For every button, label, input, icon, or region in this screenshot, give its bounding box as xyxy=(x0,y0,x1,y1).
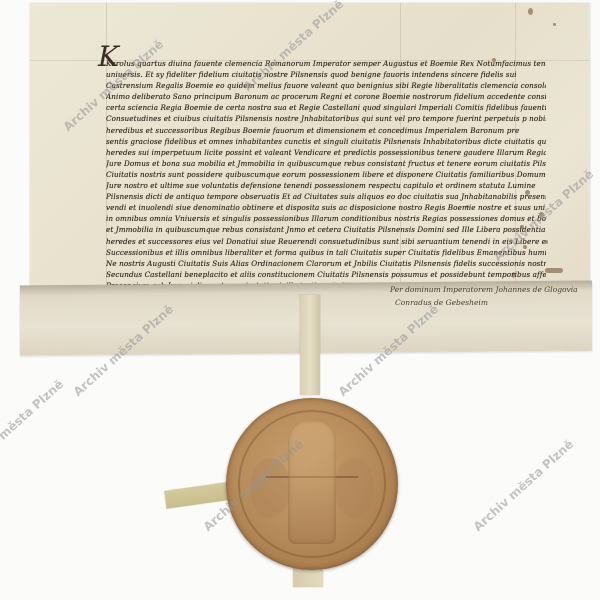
text-line: et Jmmobilia in quibuscumque rebus consi… xyxy=(106,224,546,235)
text-line: vendi et inuolendi siue denominatio obti… xyxy=(106,202,546,213)
text-line: in omnibus omnia Vniuersis et singulis p… xyxy=(106,213,546,224)
seal-strap-bottom xyxy=(293,567,323,587)
text-line: Jure nostro et ultime sue voluntatis def… xyxy=(106,180,546,191)
seal-eagle-right xyxy=(334,458,374,518)
text-line: sentis graciose fidelibus et omnes inhab… xyxy=(106,136,546,147)
text-line: heredes sui imperpetuum licite possint e… xyxy=(106,147,546,158)
watermark: Archiv města Plzně xyxy=(471,437,577,534)
charter-text: Karolus quartus diuina fauente clemencia… xyxy=(106,58,546,302)
text-line: Ne nostris Augusti Ciuitatis Suis Alias … xyxy=(106,258,546,269)
stain xyxy=(553,23,556,26)
stain xyxy=(545,268,563,273)
stain xyxy=(528,8,533,15)
text-line: Pilsnensis dicti de antiquo tempore obse… xyxy=(106,191,546,202)
text-line: Castrensium Regalis Boemie eo quidem mel… xyxy=(106,80,546,91)
watermark: Archiv města Plzně xyxy=(0,377,66,474)
text-line: Consuetudines et ciuibus ciuitatis Pilsn… xyxy=(106,113,546,124)
chancery-signature: Conradus de Gebesheim xyxy=(395,298,488,307)
text-line: heredibus et successoribus Regibus Boemi… xyxy=(106,125,546,136)
text-line: Animo deliberato Sano principum Baronum … xyxy=(106,91,546,102)
text-line: uniuersis. Et sy fideliter fidelium ciui… xyxy=(106,69,546,80)
text-line: heredes et successores eius vel Donatiui… xyxy=(106,236,546,247)
chancery-signature: Per dominum Imperatorem Johannes de Glog… xyxy=(390,285,578,294)
text-line: Karolus quartus diuina fauente clemencia… xyxy=(106,58,546,69)
text-line: Successionibus et illis omnibus liberali… xyxy=(106,247,546,258)
text-line: Jure Domus et bona sua mobilia et Jmmobi… xyxy=(106,158,546,169)
text-line: certa sciencia Regia Boemie de certa nos… xyxy=(106,102,546,113)
seal-strap-top xyxy=(300,295,320,395)
text-line: Secundus Castellani beneplacito et aliis… xyxy=(106,269,546,280)
text-line: Ciuitatis nostris sunt possidere quibusc… xyxy=(106,169,546,180)
